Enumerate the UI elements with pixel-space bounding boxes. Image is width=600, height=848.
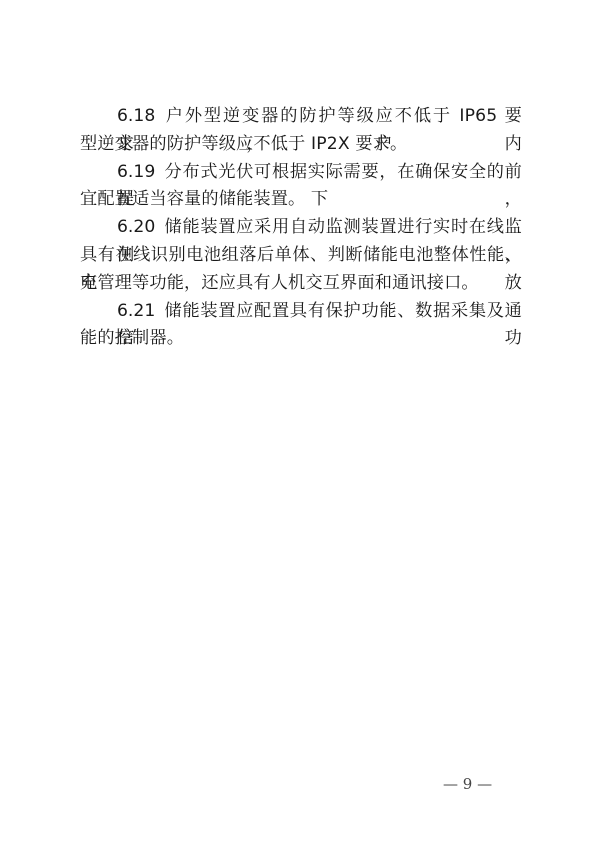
clause-number: 6.20 bbox=[117, 214, 164, 242]
page-number: — 9 — bbox=[443, 775, 492, 793]
clause-number: 6.21 bbox=[117, 298, 164, 326]
clause-number: 6.19 bbox=[117, 159, 164, 187]
clause-6-20-line-1: 6.20储能装置应采用自动监测装置进行实时在线监测， bbox=[80, 214, 522, 242]
clause-6-20-line-2: 具有在线识别电池组落后单体、判断储能电池整体性能、充放 bbox=[80, 242, 522, 270]
document-page: 6.18户外型逆变器的防护等级应不低于 IP65 要求，户内 型逆变器的防护等级… bbox=[0, 0, 600, 848]
document-body: 6.18户外型逆变器的防护等级应不低于 IP65 要求，户内 型逆变器的防护等级… bbox=[80, 103, 522, 353]
clause-6-18-line-1: 6.18户外型逆变器的防护等级应不低于 IP65 要求，户内 bbox=[80, 103, 522, 131]
clause-6-19-line-1: 6.19分布式光伏可根据实际需要，在确保安全的前提下， bbox=[80, 159, 522, 187]
clause-number: 6.18 bbox=[117, 103, 164, 131]
clause-6-21-line-1: 6.21储能装置应配置具有保护功能、数据采集及通信功 bbox=[80, 298, 522, 326]
clause-6-20-line-3: 电管理等功能，还应具有人机交互界面和通讯接口。 bbox=[80, 270, 522, 298]
